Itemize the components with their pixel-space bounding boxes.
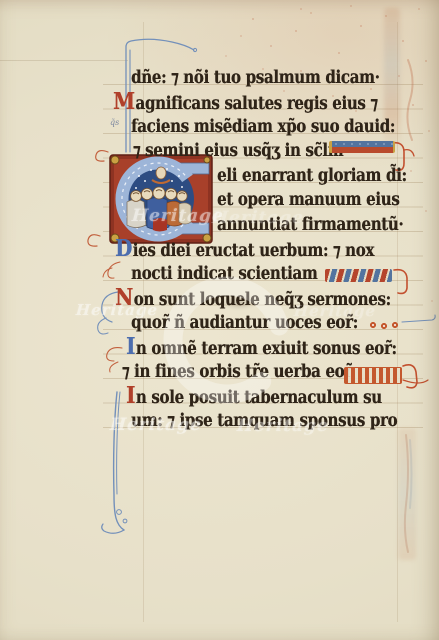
versal-initial: D: [115, 235, 132, 262]
marginal-gloss: q̃s: [110, 118, 119, 127]
versal-initial: I: [126, 333, 135, 360]
text-line: annuntiat firmamentũ·: [217, 213, 403, 237]
text-line: dñe: ⁊ nõi tuo psalmum dicam·: [131, 66, 380, 90]
versal-initial: N: [115, 284, 133, 311]
text-line: faciens misẽdiam xp̃o suo dauid:: [131, 115, 395, 139]
illuminated-initial-c: [109, 154, 213, 244]
text-line: ⁊ semini eius usq̃ʒ in sc̃lm: [133, 139, 343, 163]
manuscript-page-photo: dñe: ⁊ nõi tuo psalmum dicam· Magnifican…: [0, 0, 439, 640]
text-line: Magnificans salutes regis eius ⁊: [113, 90, 377, 116]
versal-initial: I: [126, 382, 135, 409]
copyright-c-watermark: [150, 262, 310, 422]
text-line: et opera manuum eius: [217, 188, 399, 212]
text-line: Dies diei eructat uerbum: ⁊ nox: [115, 237, 374, 263]
versal-initial: M: [113, 88, 135, 115]
text-line: eli enarrant gloriam d̃i:: [217, 164, 407, 188]
